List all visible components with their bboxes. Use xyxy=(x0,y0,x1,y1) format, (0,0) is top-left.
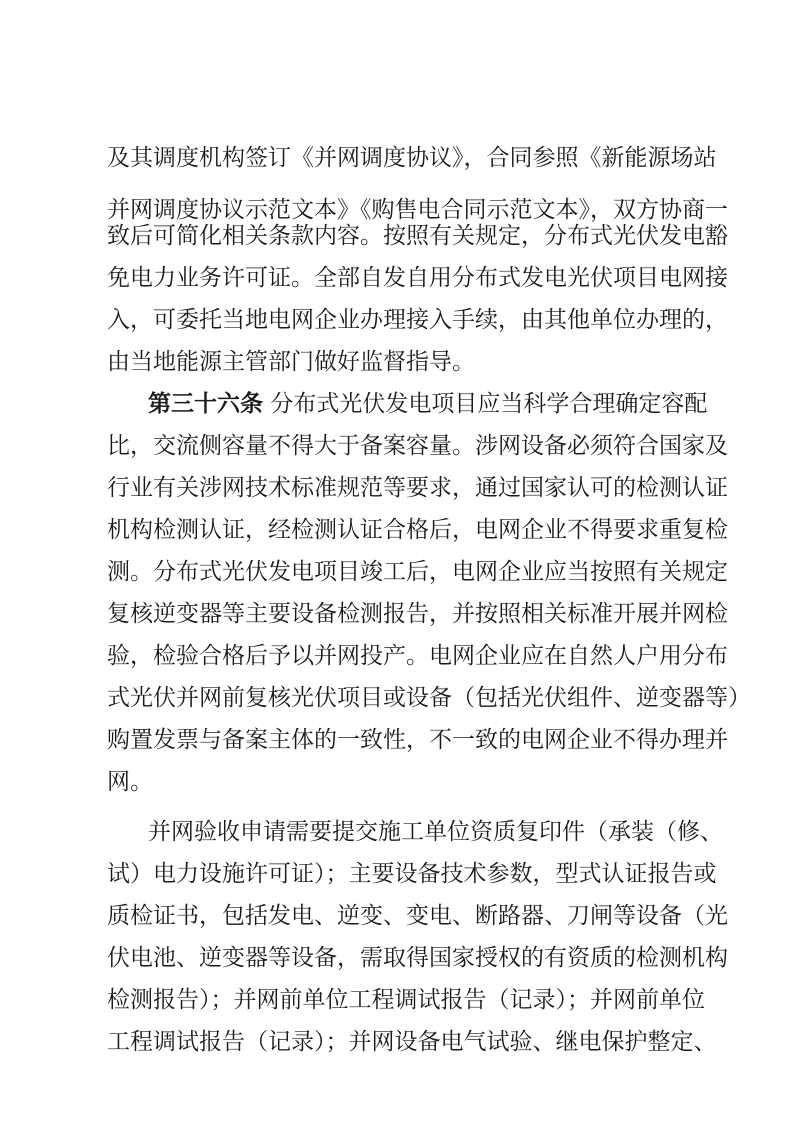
paragraph-2-line-1: 第三十六条 分布式光伏发电项目应当科学合理确定容配 xyxy=(148,384,691,424)
article-first-line-text: 分布式光伏发电项目应当科学合理确定容配 xyxy=(270,391,707,417)
paragraph-1-line-6: 由当地能源主管部门做好监督指导。 xyxy=(107,342,691,382)
paragraph-3-line-3: 质检证书，包括发电、逆变、变电、断路器、刀闸等设备（光 xyxy=(107,896,691,936)
paragraph-3-line-5: 检测报告）；并网前单位工程调试报告（记录）；并网前单位 xyxy=(107,980,691,1020)
paragraph-3-line-6: 工程调试报告（记录）；并网设备电气试验、继电保护整定、 xyxy=(107,1022,691,1062)
paragraph-3-line-2: 试）电力设施许可证）；主要设备技术参数，型式认证报告或 xyxy=(107,854,691,894)
article-heading: 第三十六条 xyxy=(148,391,263,417)
paragraph-2-line-2: 比，交流侧容量不得大于备案容量。涉网设备必须符合国家及 xyxy=(107,426,691,466)
paragraph-2-line-5: 测。分布式光伏发电项目竣工后，电网企业应当按照有关规定 xyxy=(107,552,691,592)
paragraph-3-line-1: 并网验收申请需要提交施工单位资质复印件（承装（修、 xyxy=(148,812,691,852)
paragraph-2-line-10: 网。 xyxy=(107,762,691,802)
paragraph-2-line-9: 购置发票与备案主体的一致性，不一致的电网企业不得办理并 xyxy=(107,720,691,760)
paragraph-1-line-4: 免电力业务许可证。全部自发自用分布式发电光伏项目电网接 xyxy=(107,258,691,298)
paragraph-1-line-3: 致后可简化相关条款内容。按照有关规定，分布式光伏发电豁 xyxy=(107,216,691,256)
paragraph-2-line-4: 机构检测认证，经检测认证合格后，电网企业不得要求重复检 xyxy=(107,510,691,550)
document-page: 及其调度机构签订《并网调度协议》，合同参照《新能源场站 并网调度协议示范文本》《… xyxy=(0,0,793,1122)
paragraph-1-line-1: 及其调度机构签订《并网调度协议》，合同参照《新能源场站 xyxy=(107,138,691,178)
paragraph-2-line-6: 复核逆变器等主要设备检测报告，并按照相关标准开展并网检 xyxy=(107,594,691,634)
paragraph-2-line-7: 验，检验合格后予以并网投产。电网企业应在自然人户用分布 xyxy=(107,636,691,676)
paragraph-3-line-4: 伏电池、逆变器等设备，需取得国家授权的有资质的检测机构 xyxy=(107,938,691,978)
paragraph-2-line-8: 式光伏并网前复核光伏项目或设备（包括光伏组件、逆变器等） xyxy=(107,678,691,718)
paragraph-2-line-3: 行业有关涉网技术标准规范等要求，通过国家认可的检测认证 xyxy=(107,468,691,508)
paragraph-1-line-5: 入，可委托当地电网企业办理接入手续，由其他单位办理的， xyxy=(107,300,691,340)
